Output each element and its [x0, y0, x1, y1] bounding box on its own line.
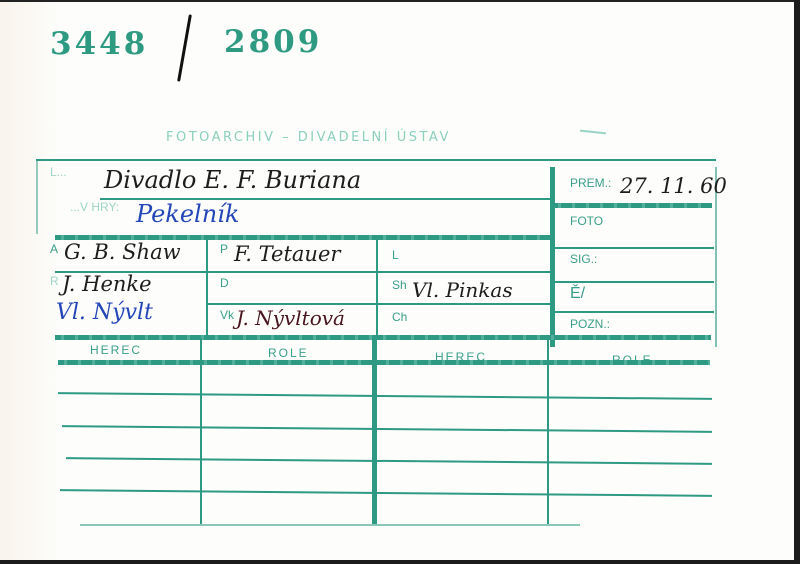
cast-col-divider-3 [547, 338, 549, 524]
foto-line [552, 247, 714, 249]
premiere-value: 27. 11. 60 [620, 174, 727, 198]
play-label: ...V HRY: [70, 200, 119, 214]
cast-row-line-4 [60, 489, 712, 496]
sig-line [552, 281, 714, 283]
play-value: Pekelník [136, 200, 239, 228]
author-value: G. B. Shaw [64, 240, 181, 264]
cast-header-line [58, 360, 710, 365]
cast-row-line-1 [58, 392, 712, 399]
cast-header-role-1: ROLE [268, 346, 309, 360]
theatre-label: L... [50, 165, 67, 179]
theatre-value: Divadlo E. F. Buriana [104, 166, 361, 194]
translator-label: P [220, 242, 228, 256]
credits-col-divider-1 [206, 238, 208, 338]
cast-col-divider-1 [200, 338, 202, 524]
archive-card: 3448 2809 FOTOARCHIV – DIVADELNÍ ÚSTAV L… [0, 0, 794, 560]
cast-bottom-line [80, 524, 580, 526]
handwritten-slash [177, 14, 192, 81]
cast-row-line-2 [62, 425, 712, 432]
side-divider [550, 167, 555, 347]
director-value: J. Henke [62, 272, 152, 296]
director-label: R [50, 274, 59, 288]
ch-label: Ch [392, 310, 407, 324]
sig-label: SIG.: [570, 252, 597, 266]
l-label: L [392, 248, 399, 262]
credits-row-line-2 [206, 303, 551, 305]
vk-label: Vk [220, 308, 234, 322]
credits-col-divider-2 [376, 238, 378, 338]
scan-edge-bottom [0, 560, 800, 564]
e-label: Ě/ [570, 285, 585, 303]
music-value: Vl. Nývlt [56, 300, 153, 325]
pozn-label: POZN.: [570, 317, 610, 331]
e-line [552, 311, 714, 313]
archive-title: FOTOARCHIV – DIVADELNÍ ÚSTAV [166, 130, 451, 145]
frame-left-line [36, 159, 38, 234]
cast-col-divider-2 [372, 338, 377, 524]
cast-row-line-3 [66, 457, 712, 464]
translator-value: F. Tetauer [234, 242, 340, 266]
prem-bottom-line [552, 203, 712, 208]
stamp-number-left: 3448 [50, 26, 148, 62]
sh-value: Vl. Pinkas [412, 278, 513, 302]
vk-value: J. Nývltová [236, 306, 345, 330]
premiere-label: PREM.: [570, 176, 611, 190]
author-label: A [50, 242, 58, 256]
stray-mark [580, 130, 606, 135]
stamp-number-right: 2809 [224, 24, 322, 60]
sh-label: Sh [392, 278, 407, 292]
frame-top-line [36, 159, 716, 161]
cast-header-actor-1: HEREC [90, 343, 142, 357]
foto-label: FOTO [570, 214, 603, 228]
d-label: D [220, 276, 229, 290]
cast-top-line [55, 335, 711, 340]
scan-edge-right [794, 0, 800, 564]
